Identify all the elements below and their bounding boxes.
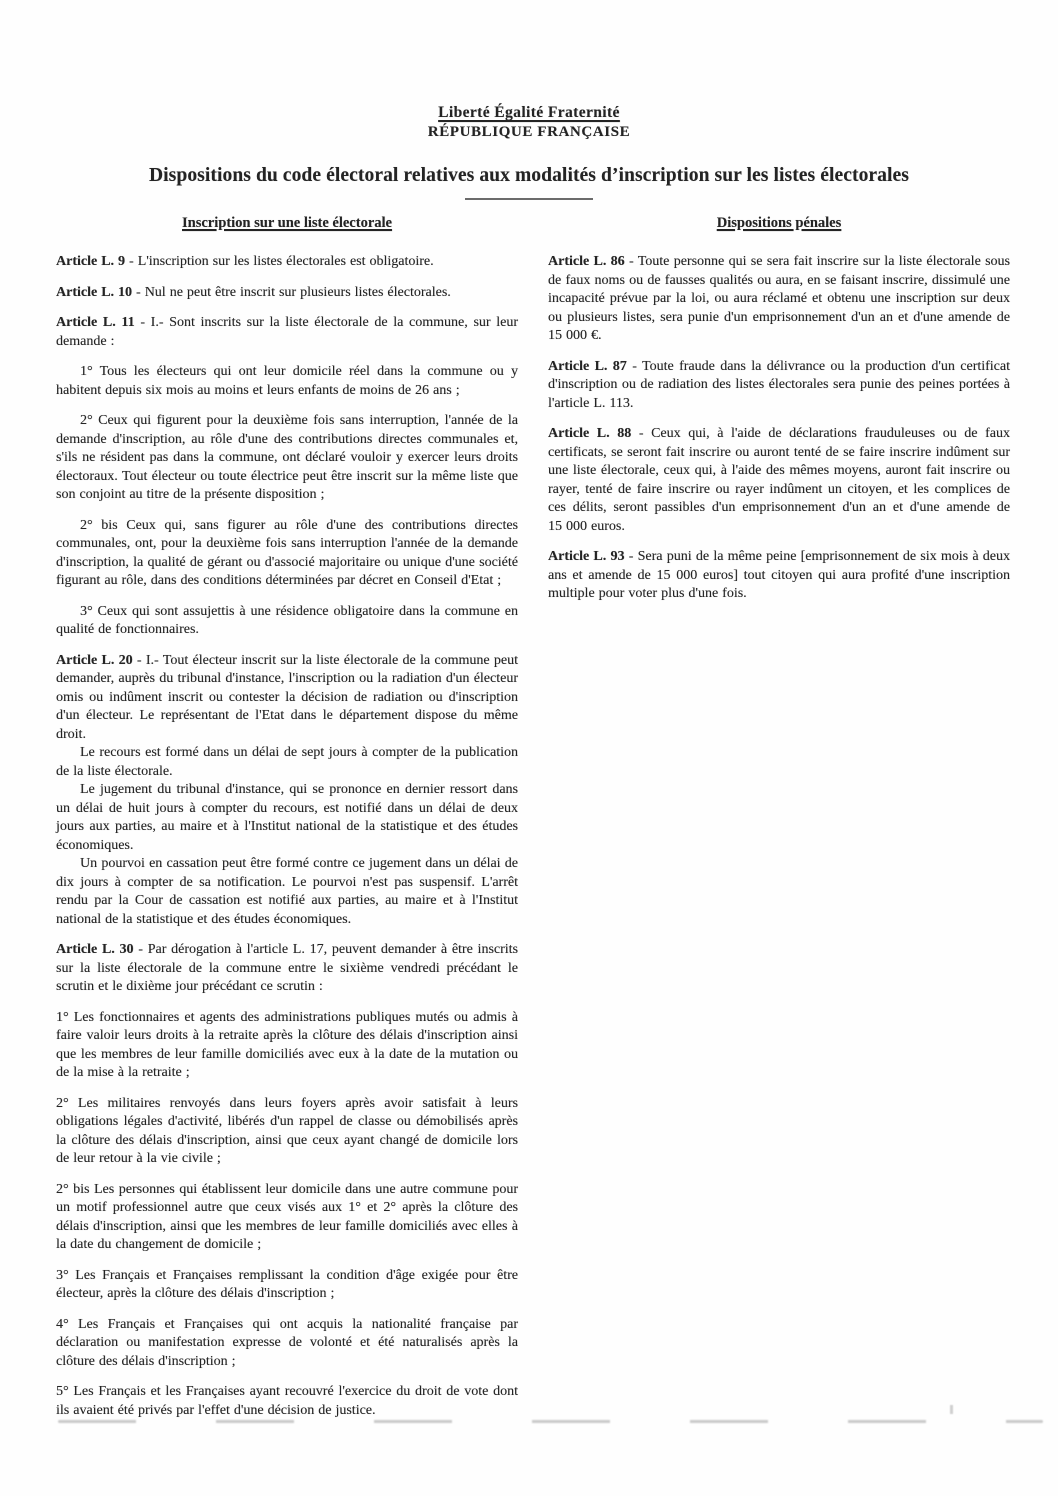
paragraph: 4° Les Français et Françaises qui ont ac… [56,1316,518,1372]
title-divider [465,198,593,200]
scan-artifact-tick [950,1405,953,1414]
paragraph: 3° Les Français et Françaises remplissan… [56,1267,518,1304]
paragraph: 1° Les fonctionnaires et agents des admi… [56,1009,518,1083]
paragraph: Article L. 86 - Toute personne qui se se… [548,253,1010,346]
paragraph: Article L. 10 - Nul ne peut être inscrit… [56,284,518,303]
paragraph: 1° Tous les électeurs qui ont leur domic… [56,363,518,400]
paragraph: Le recours est formé dans un délai de se… [56,744,518,781]
article-label: Article L. 86 [548,254,625,269]
motto: Liberté Égalité Fraternité [0,104,1058,122]
paragraph: Article L. 9 - L'inscription sur les lis… [56,253,518,272]
republic-name: RÉPUBLIQUE FRANÇAISE [0,124,1058,141]
paragraph: Le jugement du tribunal d'instance, qui … [56,781,518,855]
page-title: Dispositions du code électoral relatives… [0,165,1058,187]
paragraph: Article L. 93 - Sera puni de la même pei… [548,548,1010,604]
article-label: Article L. 10 [56,285,132,300]
article-label: Article L. 87 [548,359,627,374]
article-label: Article L. 30 [56,942,134,957]
paragraph: Article L. 88 - Ceux qui, à l'aide de dé… [548,425,1010,536]
paragraph: 2° bis Les personnes qui établissent leu… [56,1181,518,1255]
paragraph: Article L. 87 - Toute fraude dans la dél… [548,358,1010,414]
right-column-heading: Dispositions pénales [548,215,1010,232]
left-column: Inscription sur une liste électorale Art… [56,215,518,1420]
article-label: Article L. 88 [548,426,631,441]
left-column-heading: Inscription sur une liste électorale [56,215,518,232]
paragraph: Article L. 20 - I.- Tout électeur inscri… [56,652,518,745]
paragraph: 5° Les Français et les Françaises ayant … [56,1383,518,1420]
paragraph: Un pourvoi en cassation peut être formé … [56,855,518,929]
paragraph: Article L. 30 - Par dérogation à l'artic… [56,941,518,997]
document-header: Liberté Égalité Fraternité RÉPUBLIQUE FR… [0,0,1058,141]
scan-artifact-line [58,1420,1043,1423]
paragraph: Article L. 11 - I.- Sont inscrits sur la… [56,314,518,351]
article-label: Article L. 93 [548,549,625,564]
paragraph: 2° bis Ceux qui, sans figurer au rôle d'… [56,517,518,591]
paragraph: 2° Ceux qui figurent pour la deuxième fo… [56,412,518,505]
right-column-body: Article L. 86 - Toute personne qui se se… [548,253,1010,604]
article-label: Article L. 11 [56,315,135,330]
article-label: Article L. 9 [56,254,125,269]
document-page: Liberté Égalité Fraternité RÉPUBLIQUE FR… [0,0,1058,1496]
right-column: Dispositions pénales Article L. 86 - Tou… [548,215,1010,604]
paragraph: 2° Les militaires renvoyés dans leurs fo… [56,1095,518,1169]
article-label: Article L. 20 [56,653,133,668]
columns: Inscription sur une liste électorale Art… [0,215,1058,1420]
paragraph: 3° Ceux qui sont assujettis à une réside… [56,603,518,640]
left-column-body: Article L. 9 - L'inscription sur les lis… [56,253,518,1420]
